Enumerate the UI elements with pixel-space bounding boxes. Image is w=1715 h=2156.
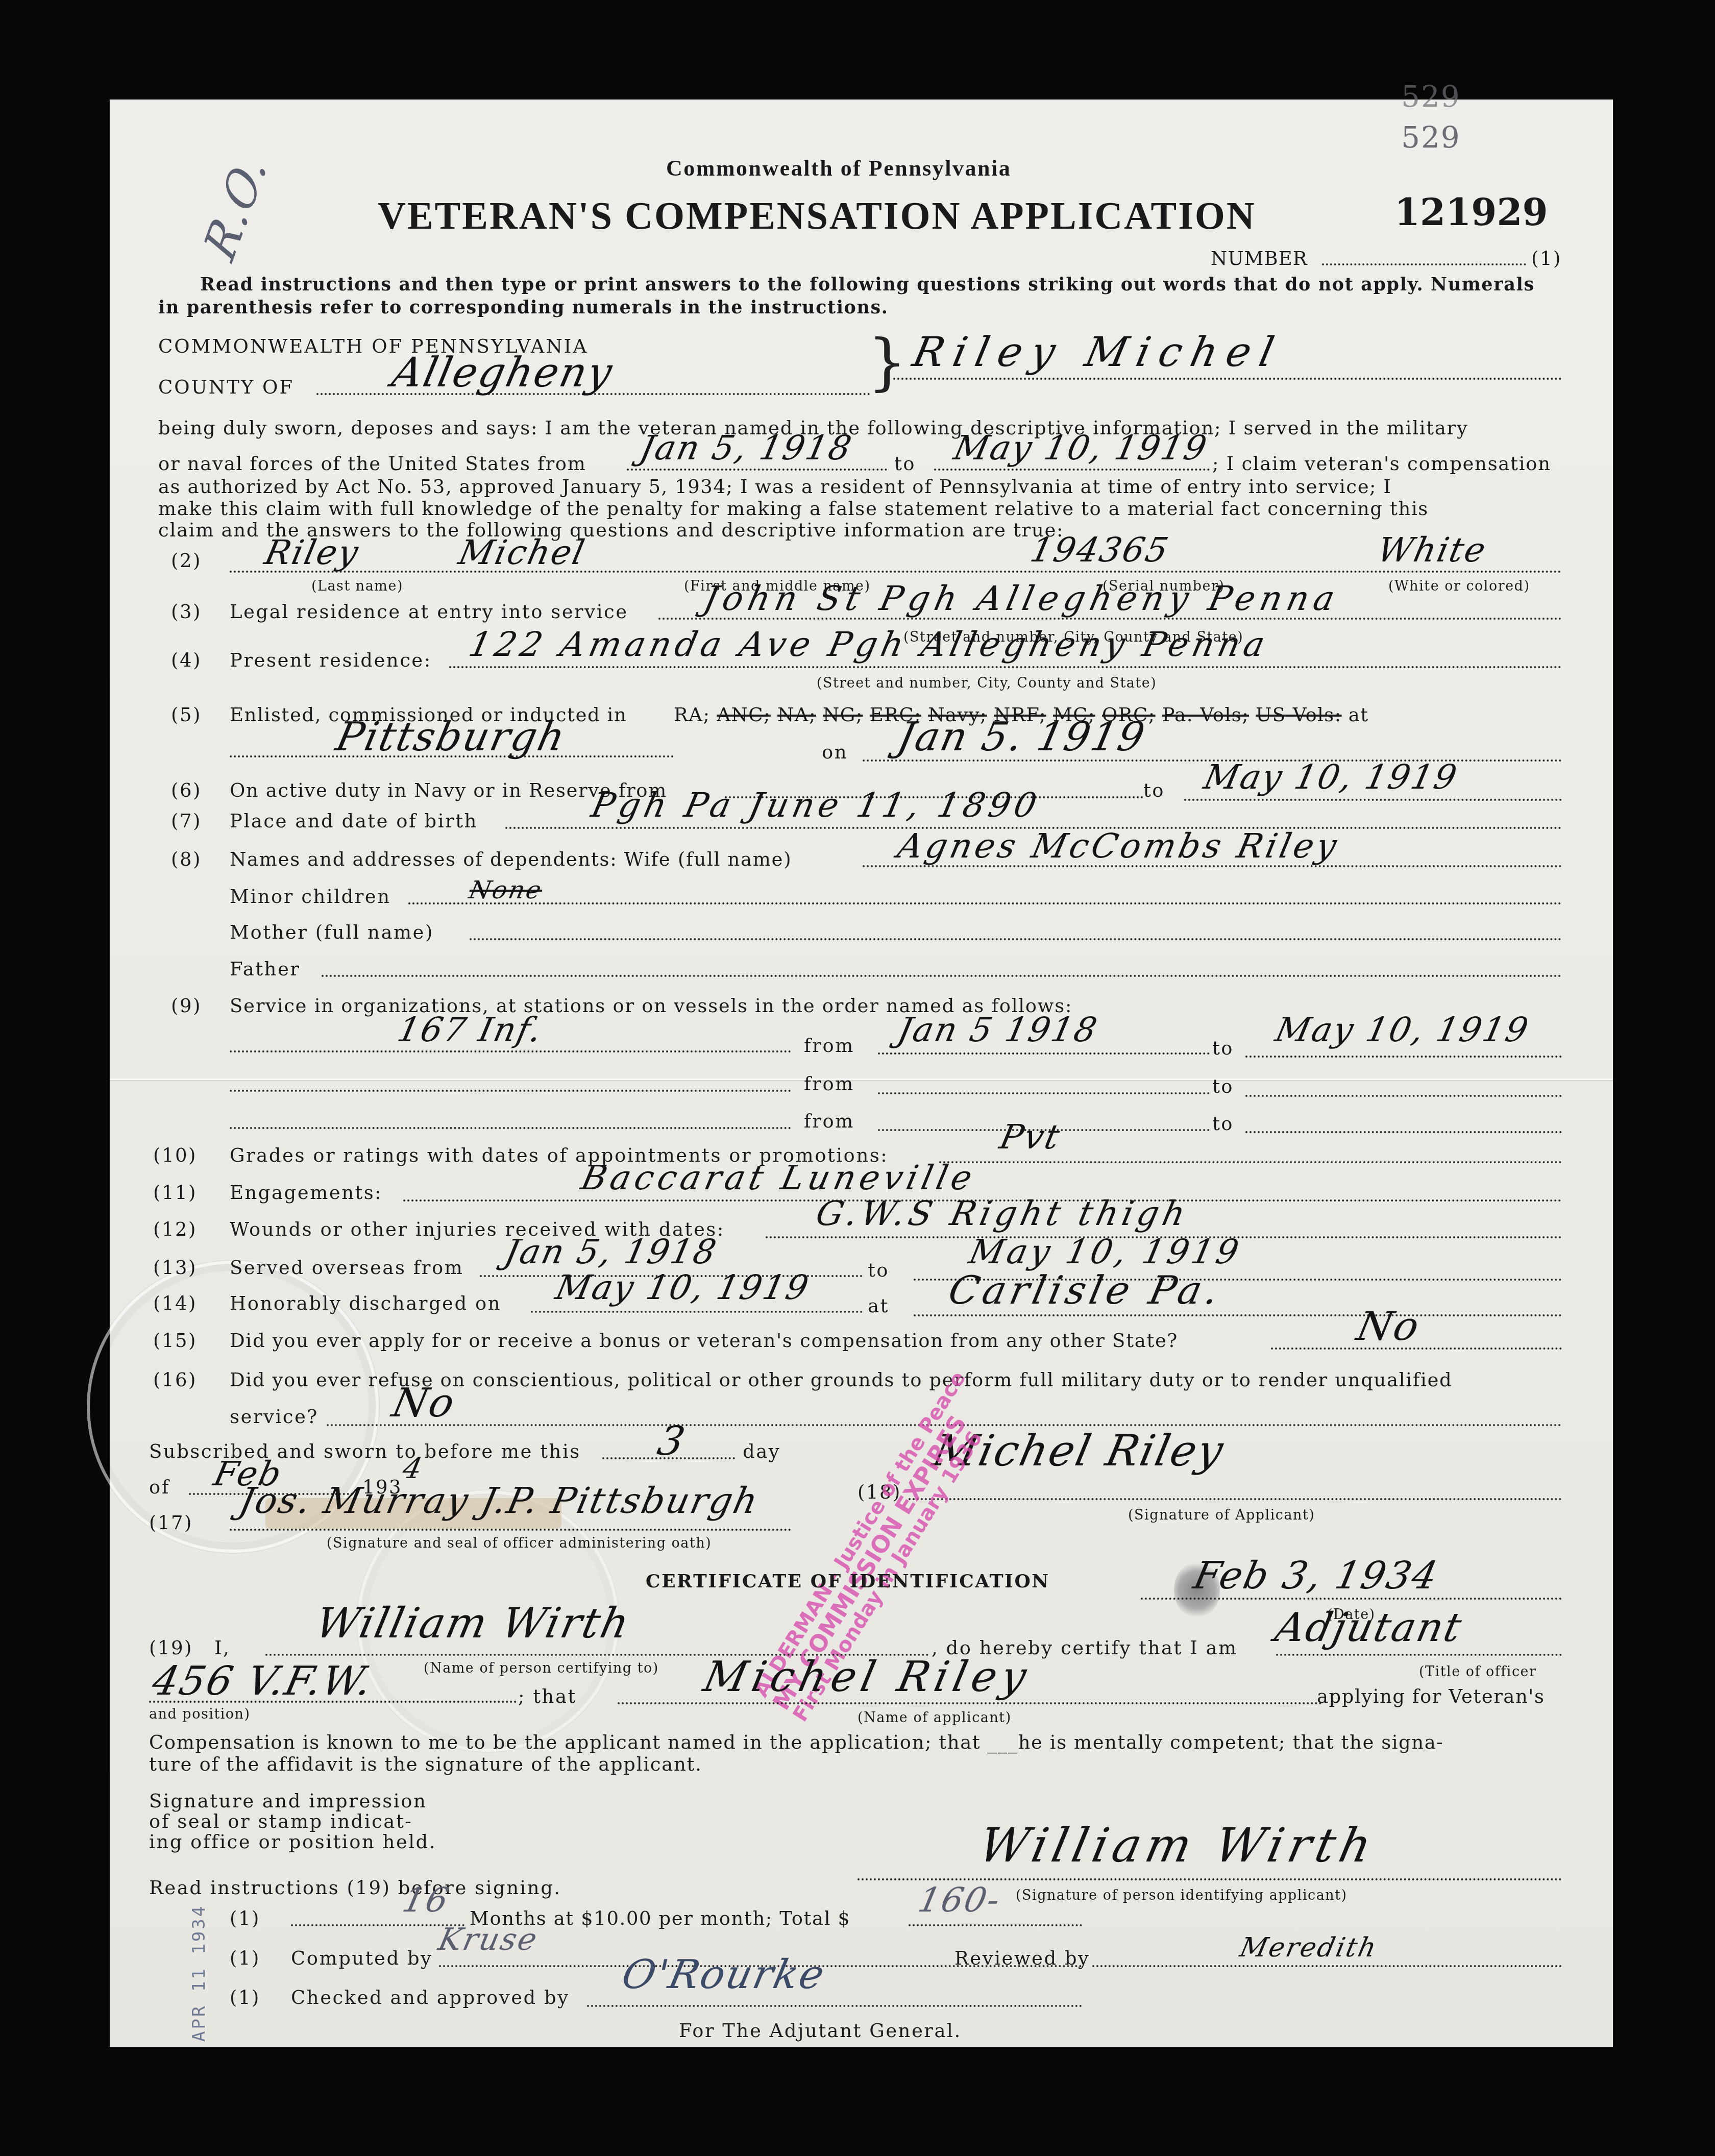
county-label: COUNTY OF <box>158 378 294 397</box>
discharged-label: Honorably discharged on <box>230 1294 501 1313</box>
name-field-line <box>230 571 1562 573</box>
to-label: to <box>1212 1077 1234 1096</box>
from-value[interactable]: Jan 5 1918 <box>895 1013 1101 1047</box>
reviewed-line <box>1092 1965 1562 1967</box>
officer-title-value[interactable]: Adjutant <box>1272 1608 1466 1648</box>
option-us-vols[interactable]: US Vols: <box>1256 704 1341 726</box>
seal-note-1: Signature and impression <box>149 1792 427 1810</box>
other-state-label: Did you ever apply for or receive a bonu… <box>230 1331 1178 1350</box>
service-to-line <box>934 469 1210 471</box>
item-number: (14) <box>153 1294 197 1313</box>
instructions-line-1: Read instructions and then type or print… <box>200 276 1535 293</box>
minor-children-line <box>408 902 1562 904</box>
item-number: (4) <box>171 651 202 670</box>
number-label: NUMBER <box>1211 249 1308 268</box>
item-number: (7) <box>171 812 202 830</box>
oath-line-4: make this claim with full knowledge of t… <box>158 499 1429 518</box>
seal-note-2: of seal or stamp indicat- <box>149 1812 412 1831</box>
months-value[interactable]: 16 <box>400 1883 453 1917</box>
engagements-value[interactable]: Baccarat Luneville <box>578 1161 979 1195</box>
officer-signature-line <box>230 1529 791 1531</box>
received-date-stamp: APR 11 1934 <box>189 1904 209 2042</box>
overseas-from-value[interactable]: Jan 5, 1918 <box>502 1235 720 1269</box>
adjutant-general-label: For The Adjutant General. <box>679 2021 962 2040</box>
fold-crease <box>110 1079 1613 1080</box>
birth-value[interactable]: Pgh Pa June 11, 1890 <box>589 789 1043 822</box>
affiant-field-line <box>893 378 1562 380</box>
stamp-number: 529 <box>1401 122 1461 152</box>
certifier-caption: (Name of person certifying to) <box>424 1661 659 1675</box>
oath-line-2-post: ; I claim veteran's compensation <box>1212 454 1551 473</box>
last-name-value[interactable]: Riley <box>262 536 362 570</box>
birth-label: Place and date of birth <box>230 812 478 830</box>
checked-by[interactable]: O'Rourke <box>619 1955 829 1995</box>
office-ref: (1) <box>230 1909 260 1928</box>
overseas-to-value[interactable]: May 10, 1919 <box>966 1235 1244 1269</box>
certificate-item-number: (19) <box>149 1638 193 1657</box>
checked-line <box>587 2005 1082 2007</box>
legal-residence-label: Legal residence at entry into service <box>230 602 628 621</box>
affiant-name[interactable]: Riley Michel <box>909 332 1286 373</box>
months-line <box>291 1924 464 1926</box>
item-number: (15) <box>153 1331 197 1350</box>
computed-by[interactable]: Kruse <box>436 1924 541 1955</box>
office-ref: (1) <box>230 1949 260 1968</box>
item-number: (3) <box>171 602 202 621</box>
option-anc[interactable]: ANC; <box>717 704 770 726</box>
item-number: (6) <box>171 781 202 800</box>
mother-label: Mother (full name) <box>230 923 434 942</box>
on-label: on <box>822 743 848 762</box>
service-to[interactable]: May 10, 1919 <box>951 431 1211 465</box>
total-value[interactable]: 160- <box>915 1883 1004 1917</box>
caption-address-2: (Street and number, City, County and Sta… <box>817 676 1157 690</box>
certificate-date-line <box>1141 1598 1562 1600</box>
mother-line[interactable] <box>470 938 1562 940</box>
father-label: Father <box>230 960 301 978</box>
identifier-signature[interactable]: William Wirth <box>975 1822 1380 1869</box>
from-line[interactable] <box>878 1092 1210 1094</box>
service-from[interactable]: Jan 5, 1918 <box>637 431 855 465</box>
item-number: (5) <box>171 705 202 724</box>
from-label: from <box>804 1112 854 1131</box>
enlist-place-value[interactable]: Pittsburgh <box>333 717 570 757</box>
to-label: to <box>1212 1114 1234 1133</box>
certificate-title: CERTIFICATE OF IDENTIFICATION <box>646 1572 1050 1590</box>
option-pa-vols[interactable]: Pa. Vols; <box>1162 704 1249 726</box>
item-number: (16) <box>153 1370 197 1389</box>
father-line[interactable] <box>322 975 1562 977</box>
refuse-duty-value[interactable]: No <box>389 1383 459 1423</box>
present-residence-line <box>449 666 1562 668</box>
caption-last-name: (Last name) <box>311 579 403 593</box>
wife-value[interactable]: Agnes McCombs Riley <box>895 829 1342 863</box>
officer-title-line <box>1276 1654 1562 1656</box>
reviewed-label: Reviewed by <box>954 1949 1090 1968</box>
officer-item-number: (17) <box>149 1513 193 1532</box>
position-caption: and position) <box>149 1707 251 1721</box>
officer-signature[interactable]: Jos. Murray J.P. Pittsburgh <box>236 1483 763 1518</box>
refuse-duty-label-2: service? <box>230 1407 318 1426</box>
applicant-signature-line <box>909 1498 1562 1500</box>
caption-race: (White or colored) <box>1388 579 1530 593</box>
number-field-line <box>1322 263 1526 265</box>
wounds-value[interactable]: G.W.S Right thigh <box>813 1197 1192 1231</box>
legal-residence-value[interactable]: John St Pgh Allegheny Penna <box>701 582 1342 616</box>
jurat-of-label: of <box>149 1478 170 1497</box>
certificate-i-label: I, <box>214 1638 230 1657</box>
brace: } <box>868 332 906 393</box>
to-line[interactable] <box>1245 1095 1562 1097</box>
option-ra[interactable]: RA; <box>674 704 710 726</box>
other-state-line <box>1271 1347 1562 1350</box>
other-state-value[interactable]: No <box>1354 1307 1424 1346</box>
jurat-day-label: day <box>743 1442 780 1461</box>
enlist-date-value[interactable]: Jan 5. 1919 <box>894 717 1149 757</box>
item-number: (2) <box>171 551 202 570</box>
discharge-place-value[interactable]: Carlisle Pa. <box>945 1271 1226 1310</box>
certificate-body-1: Compensation is known to me to be the ap… <box>149 1733 1443 1752</box>
state-heading: Commonwealth of Pennsylvania <box>666 157 1011 180</box>
position-value[interactable]: 456 V.F.W. <box>149 1661 377 1701</box>
oath-line-2-pre: or naval forces of the United States fro… <box>158 454 586 473</box>
reviewed-by[interactable]: Meredith <box>1237 1934 1380 1961</box>
named-applicant-caption: (Name of applicant) <box>857 1711 1012 1725</box>
option-ng[interactable]: NG; <box>823 704 863 726</box>
applying-text: applying for Veteran's <box>1317 1687 1545 1706</box>
instructions-line-2: in parenthesis refer to corresponding nu… <box>158 299 889 316</box>
from-label: from <box>804 1074 854 1093</box>
officer-title-caption: (Title of officer <box>1419 1665 1536 1679</box>
active-duty-to-value[interactable]: May 10, 1919 <box>1201 761 1461 794</box>
item-number: (8) <box>171 850 202 869</box>
present-residence-value[interactable]: 122 Amanda Ave Pgh Allegheny Penna <box>466 628 1272 661</box>
oath-line-3: as authorized by Act No. 53, approved Ja… <box>158 477 1392 496</box>
discharge-date-value[interactable]: May 10, 1919 <box>553 1271 813 1305</box>
item-number: (10) <box>153 1146 197 1165</box>
active-duty-to-label: to <box>1143 781 1165 800</box>
item-number: (11) <box>153 1183 197 1202</box>
active-duty-to-line <box>1184 799 1562 801</box>
read-instructions-note: Read instructions (19) before signing. <box>149 1878 561 1897</box>
named-applicant-line <box>618 1702 1322 1704</box>
org-line[interactable] <box>230 1127 791 1129</box>
first-name-value[interactable]: Michel <box>456 536 589 570</box>
race-value[interactable]: White <box>1375 533 1490 567</box>
present-residence-label: Present residence: <box>230 651 432 670</box>
named-applicant-value[interactable]: Michel Riley <box>700 1656 1035 1698</box>
page-title: VETERAN'S COMPENSATION APPLICATION <box>378 197 1256 235</box>
item-number: (12) <box>153 1220 197 1239</box>
to-value[interactable]: May 10, 1919 <box>1272 1013 1532 1047</box>
officer-caption: (Signature and seal of officer administe… <box>327 1536 712 1550</box>
service-from-line <box>627 469 887 471</box>
to-line[interactable] <box>1245 1131 1562 1133</box>
computed-label: Computed by <box>291 1949 433 1968</box>
application-number: 121929 <box>1394 194 1548 231</box>
discharge-date-line <box>531 1311 863 1313</box>
grades-value[interactable]: Pvt <box>997 1120 1064 1154</box>
office-ref: (1) <box>230 1988 260 2007</box>
that-label: ; that <box>518 1687 577 1706</box>
minor-children-label: Minor children <box>230 887 391 906</box>
seal-note-3: ing office or position held. <box>149 1832 436 1851</box>
discharge-at-label: at <box>868 1296 889 1315</box>
item-number: (13) <box>153 1258 197 1277</box>
jurat-label: Subscribed and sworn to before me this <box>149 1442 581 1461</box>
overseas-label: Served overseas from <box>230 1258 463 1277</box>
checked-label: Checked and approved by <box>291 1988 570 2007</box>
oath-to-label: to <box>894 454 916 473</box>
identifier-caption: (Signature of person identifying applica… <box>1016 1889 1347 1902</box>
at-label: at <box>1349 704 1369 726</box>
engagements-label: Engagements: <box>230 1183 382 1202</box>
item-number: (9) <box>171 996 202 1015</box>
serial-number-value[interactable]: 194365 <box>1027 533 1172 567</box>
certificate-date[interactable]: Feb 3, 1934 <box>1190 1557 1442 1595</box>
org-line[interactable] <box>230 1090 791 1092</box>
certificate-body-2: ture of the affidavit is the signature o… <box>149 1755 702 1774</box>
dependents-label: Names and addresses of dependents: Wife … <box>230 850 792 869</box>
applicant-caption: (Signature of Applicant) <box>1128 1508 1315 1522</box>
county-value[interactable]: Allegheny <box>388 352 617 393</box>
from-line <box>878 1052 1210 1055</box>
certifier-name[interactable]: William Wirth <box>312 1603 634 1645</box>
grades-line <box>939 1161 1562 1163</box>
overseas-to-label: to <box>868 1261 889 1280</box>
org-line <box>230 1050 791 1052</box>
to-line <box>1245 1056 1562 1058</box>
option-na[interactable]: NA; <box>777 704 816 726</box>
stamp-number-top: 529 <box>1401 82 1461 111</box>
minor-children-value[interactable]: None <box>467 878 545 902</box>
org-value[interactable]: 167 Inf. <box>395 1013 546 1047</box>
number-ref: (1) <box>1531 249 1562 268</box>
discharge-place-line <box>914 1314 1562 1316</box>
from-label: from <box>804 1036 854 1055</box>
total-line <box>909 1924 1082 1926</box>
to-label: to <box>1212 1039 1234 1058</box>
